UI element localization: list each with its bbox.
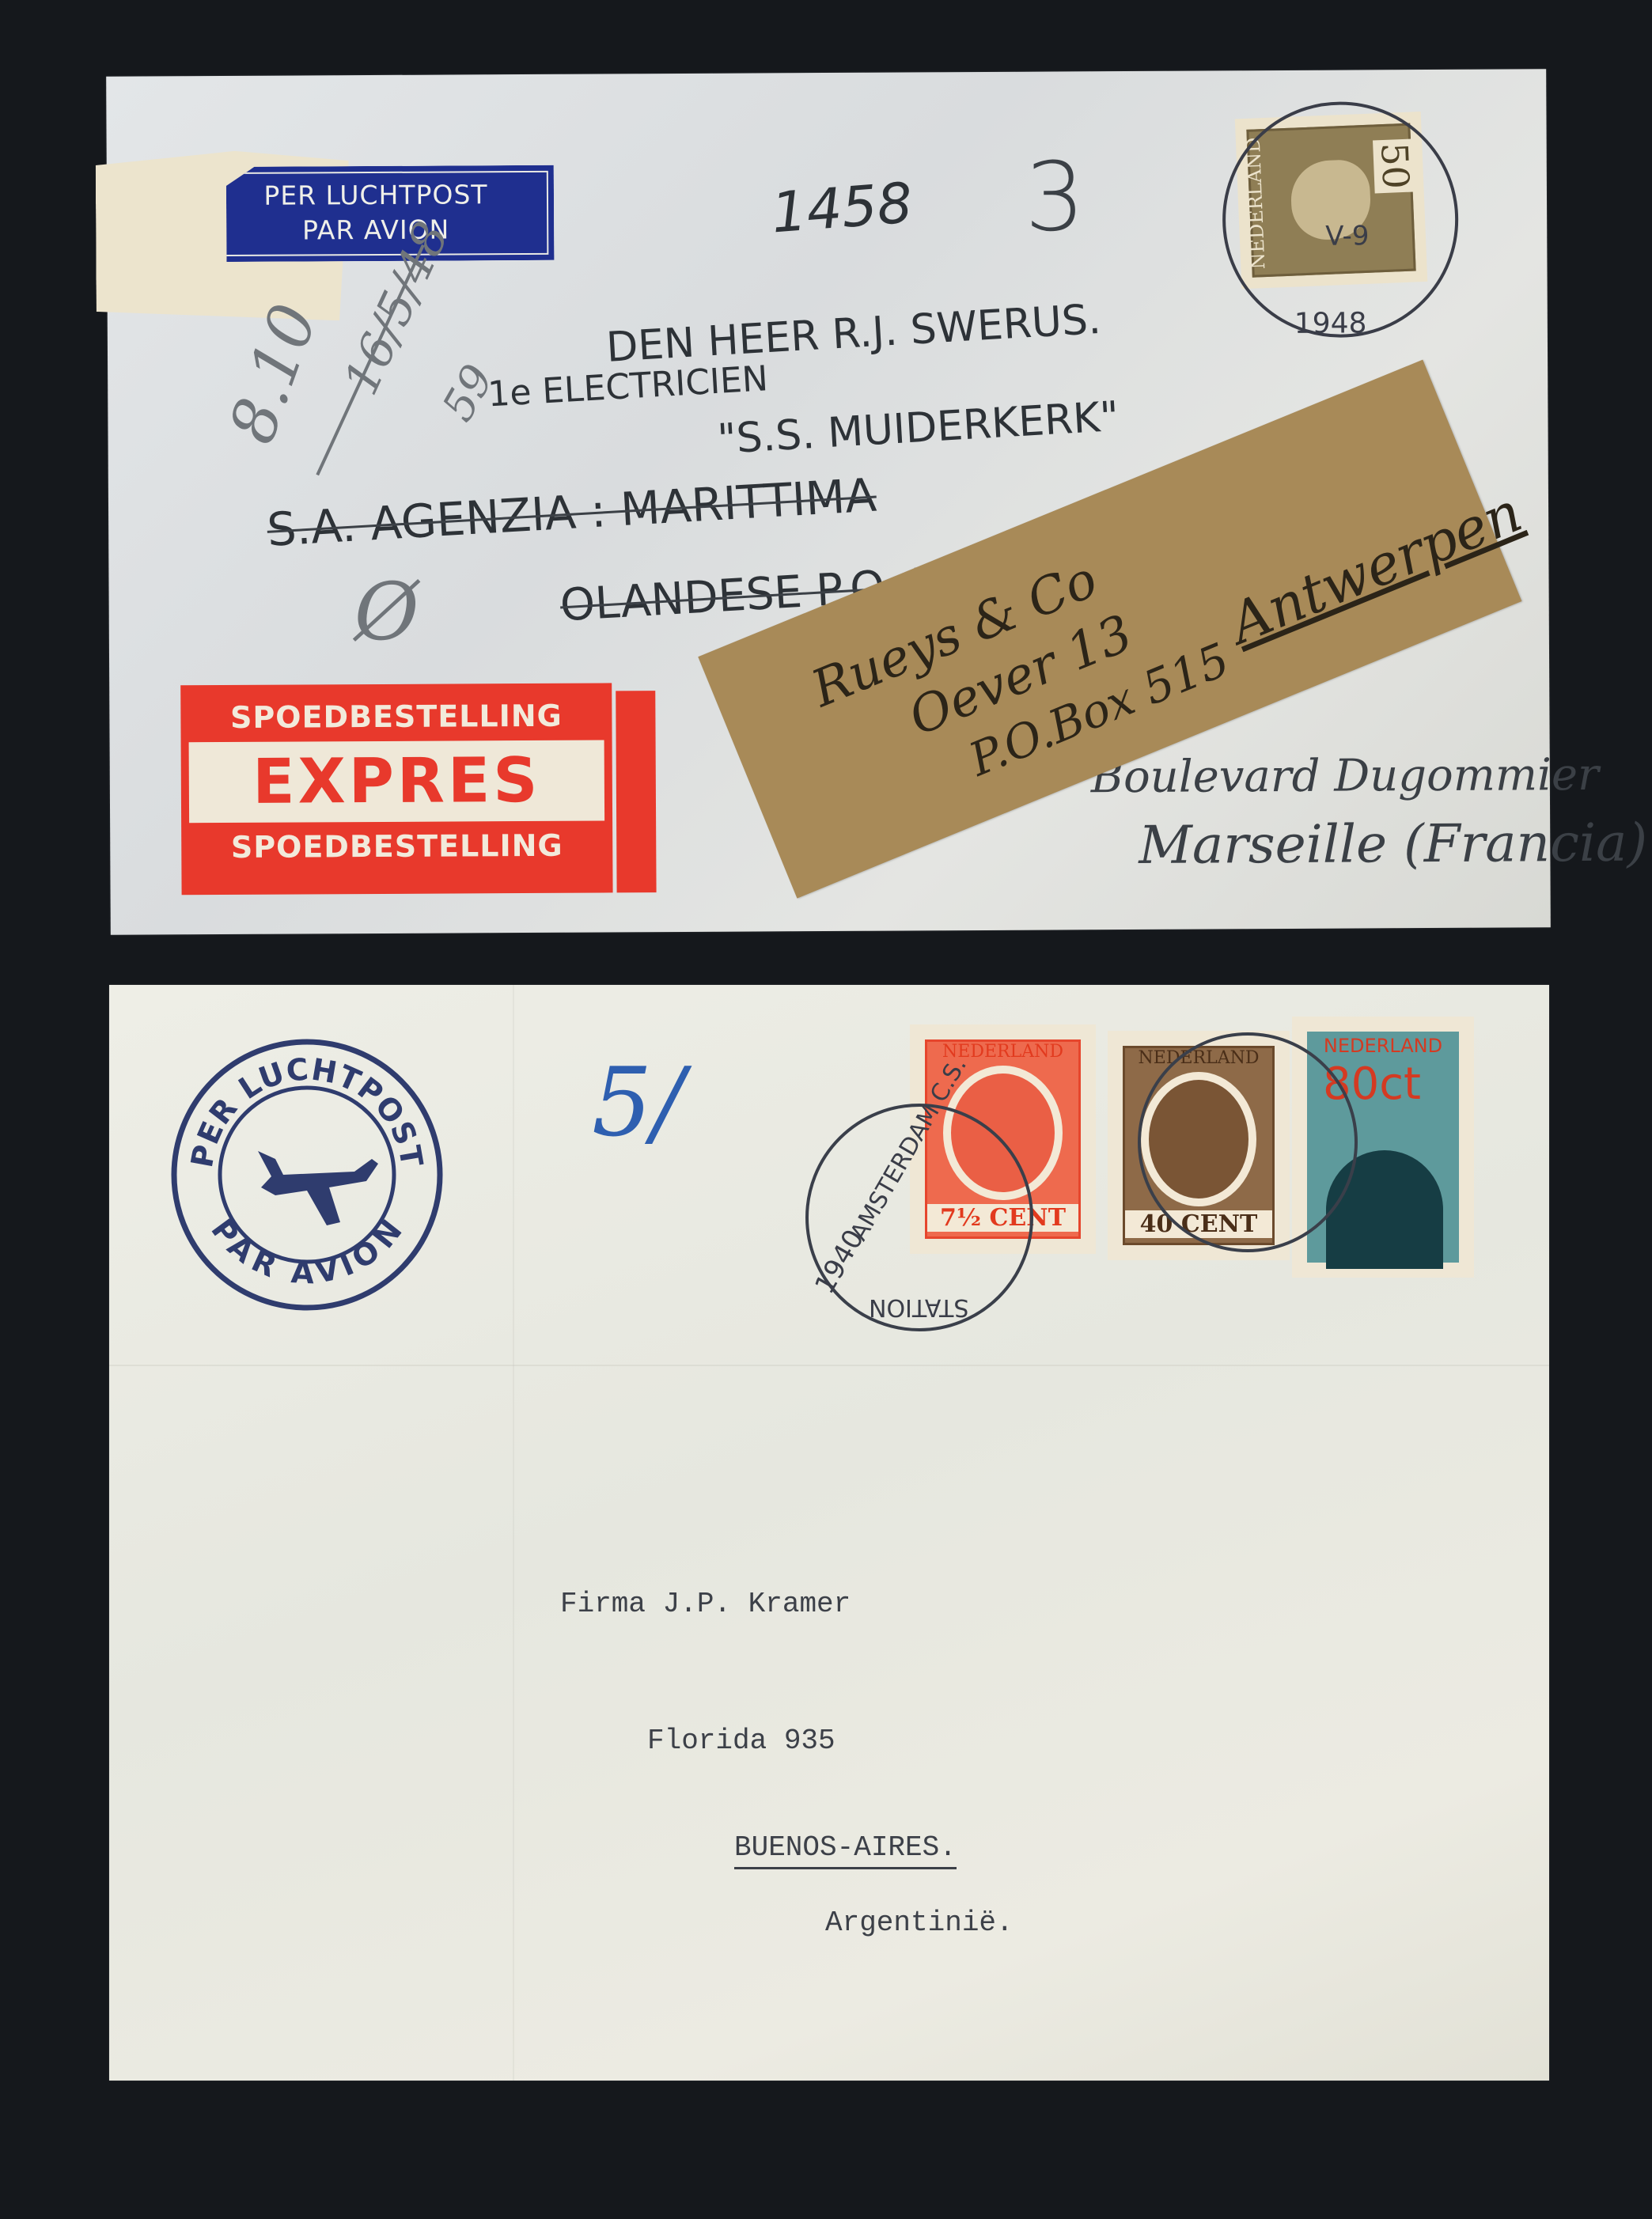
address-line-4: Argentinië. xyxy=(825,1907,1014,1939)
express-label-top: SPOEDBESTELLING xyxy=(180,697,612,736)
postmark-station: STATION xyxy=(869,1293,968,1321)
pencil-note-4: Ø xyxy=(354,566,419,658)
address-line-3: BUENOS-AIRES. xyxy=(734,1831,957,1869)
airmail-cachet-graphic: PER LUCHTPOST PAR AVION xyxy=(165,1032,449,1317)
postmark-circle xyxy=(1222,101,1459,339)
svg-text:PAR AVION: PAR AVION xyxy=(204,1213,409,1291)
airmail-label-line2: PAR AVION xyxy=(200,212,551,248)
postmark-circle-2 xyxy=(1138,1032,1358,1252)
address-line-3: "S.S. MUIDERKERK" xyxy=(716,393,1120,464)
address-line-4-struck: S.A. AGENZIA : MARITTIMA xyxy=(266,468,878,557)
address-line-6: Boulevard Dugommier xyxy=(1091,749,1599,803)
airmail-cachet: PER LUCHTPOST PAR AVION xyxy=(165,1032,449,1317)
postmark-year: 1948 xyxy=(1294,307,1367,339)
stamp-country: NEDERLAND xyxy=(1307,1035,1459,1057)
envelope-top: PER LUCHTPOST PAR AVION 1458 3 NEDERLAND… xyxy=(106,69,1551,935)
address-line-2: Florida 935 xyxy=(647,1725,835,1757)
address-line-1: Firma J.P. Kramer xyxy=(560,1588,851,1620)
envelope-bottom: PER LUCHTPOST PAR AVION 5/ NEDERLAND 7½ … xyxy=(109,985,1549,2081)
fold-crease-vertical xyxy=(513,985,514,2081)
cachet-top-text: PER LUCHTPOST xyxy=(184,1051,430,1170)
address-line-7: Marseille (Francia) xyxy=(1139,812,1647,876)
express-label-tab xyxy=(616,691,656,892)
express-label: SPOEDBESTELLING EXPRES SPOEDBESTELLING xyxy=(180,683,612,895)
airmail-label-line1: PER LUCHTPOST xyxy=(200,177,551,214)
svg-text:PER LUCHTPOST: PER LUCHTPOST xyxy=(184,1051,430,1170)
forwarding-line-4: Antwerpen xyxy=(1221,479,1531,657)
airmail-label: PER LUCHTPOST PAR AVION xyxy=(198,165,555,262)
pencil-number: 1458 xyxy=(769,170,915,245)
pencil-digit: 3 xyxy=(1025,142,1086,252)
cachet-bottom-text: PAR AVION xyxy=(204,1213,409,1291)
pencil-note-1: 8.10 xyxy=(214,295,332,453)
postmark-date: V-9 xyxy=(1325,220,1369,252)
crayon-mark: 5/ xyxy=(592,1048,684,1158)
express-label-bottom: SPOEDBESTELLING xyxy=(181,827,612,865)
fold-crease xyxy=(109,1365,1549,1366)
address-line-1: DEN HEER R.J. SWERUS. xyxy=(605,296,1102,372)
express-label-middle: EXPRES xyxy=(189,740,605,823)
address-line-2: 1e ELECTRICIEN xyxy=(487,358,769,415)
airplane-icon xyxy=(258,1151,378,1225)
